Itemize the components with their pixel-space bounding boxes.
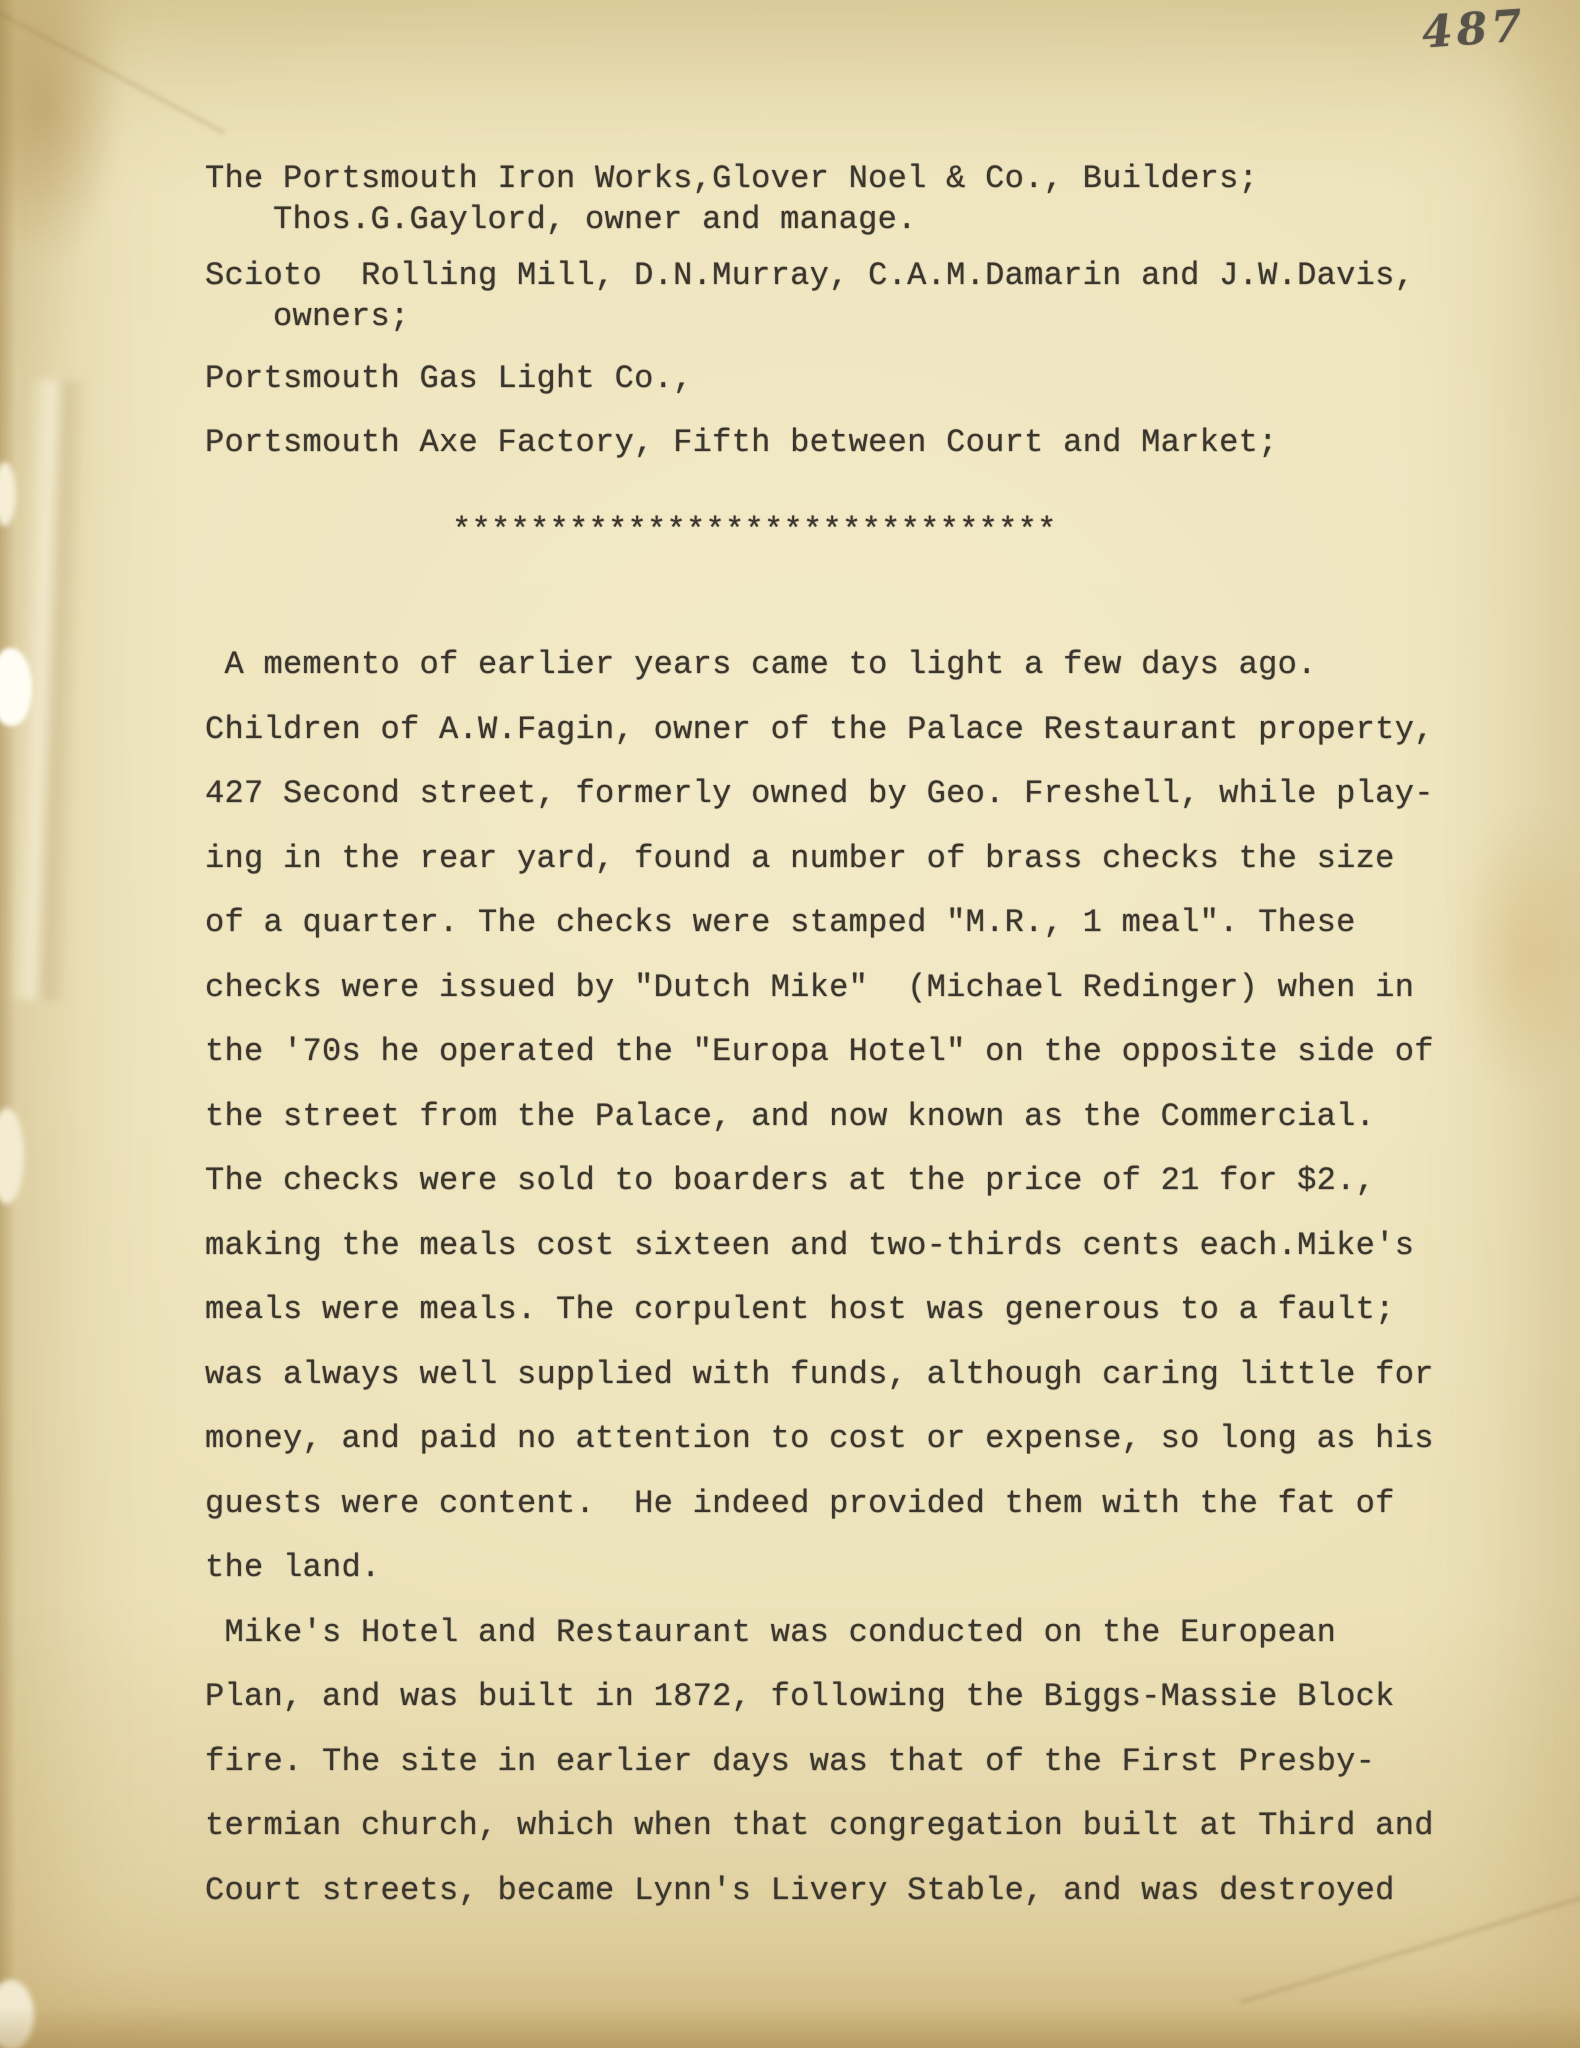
body-line: ing in the rear yard, found a number of … bbox=[205, 827, 1434, 892]
crease-top-left bbox=[0, 9, 226, 135]
body-line: fire. The site in earlier days was that … bbox=[205, 1730, 1434, 1795]
body-line: 427 Second street, formerly owned by Geo… bbox=[205, 762, 1434, 827]
body-line: termian church, which when that congrega… bbox=[205, 1794, 1434, 1859]
divider-asterisks: ******************************* bbox=[452, 512, 1057, 549]
body-line: the land. bbox=[205, 1536, 1434, 1601]
body-line: was always well supplied with funds, alt… bbox=[205, 1343, 1434, 1408]
header-line-iron-works: The Portsmouth Iron Works,Glover Noel & … bbox=[205, 160, 1258, 197]
document-page: 487 The Portsmouth Iron Works,Glover Noe… bbox=[0, 0, 1580, 2048]
body-line: guests were content. He indeed provided … bbox=[205, 1472, 1434, 1537]
body-line: The checks were sold to boarders at the … bbox=[205, 1149, 1434, 1214]
header-line-rolling-mill: Scioto Rolling Mill, D.N.Murray, C.A.M.D… bbox=[205, 257, 1414, 294]
body-line: money, and paid no attention to cost or … bbox=[205, 1407, 1434, 1472]
header-line-axe-factory: Portsmouth Axe Factory, Fifth between Co… bbox=[205, 424, 1278, 461]
body-line: making the meals cost sixteen and two-th… bbox=[205, 1214, 1434, 1279]
stain-bottom-edge bbox=[0, 2006, 1580, 2048]
body-line: Mike's Hotel and Restaurant was conducte… bbox=[205, 1601, 1434, 1666]
body-line: of a quarter. The checks were stamped "M… bbox=[205, 891, 1434, 956]
paper-left-edge bbox=[0, 0, 16, 2048]
handwritten-page-number: 487 bbox=[1420, 0, 1527, 58]
body-line: A memento of earlier years came to light… bbox=[205, 633, 1434, 698]
body-line: meals were meals. The corpulent host was… bbox=[205, 1278, 1434, 1343]
body-line: Court streets, became Lynn's Livery Stab… bbox=[205, 1859, 1434, 1924]
body-line: Plan, and was built in 1872, following t… bbox=[205, 1665, 1434, 1730]
torn-chip-left bbox=[0, 1980, 34, 2048]
crease-left-edge bbox=[7, 379, 89, 1001]
body-text: A memento of earlier years came to light… bbox=[205, 633, 1434, 1923]
header-line-iron-works-2: Thos.G.Gaylord, owner and manage. bbox=[273, 201, 917, 238]
body-line: checks were issued by "Dutch Mike" (Mich… bbox=[205, 956, 1434, 1021]
stain-right-middle bbox=[1452, 810, 1580, 1100]
body-line: Children of A.W.Fagin, owner of the Pala… bbox=[205, 698, 1434, 763]
header-line-gas-light: Portsmouth Gas Light Co., bbox=[205, 360, 693, 397]
stain-top-left bbox=[0, 0, 120, 260]
body-line: the '70s he operated the "Europa Hotel" … bbox=[205, 1020, 1434, 1085]
torn-chip-left bbox=[0, 1108, 24, 1204]
torn-chip-left bbox=[0, 648, 32, 726]
torn-chip-left bbox=[0, 462, 16, 526]
body-line: the street from the Palace, and now know… bbox=[205, 1085, 1434, 1150]
header-line-rolling-mill-2: owners; bbox=[273, 298, 410, 335]
